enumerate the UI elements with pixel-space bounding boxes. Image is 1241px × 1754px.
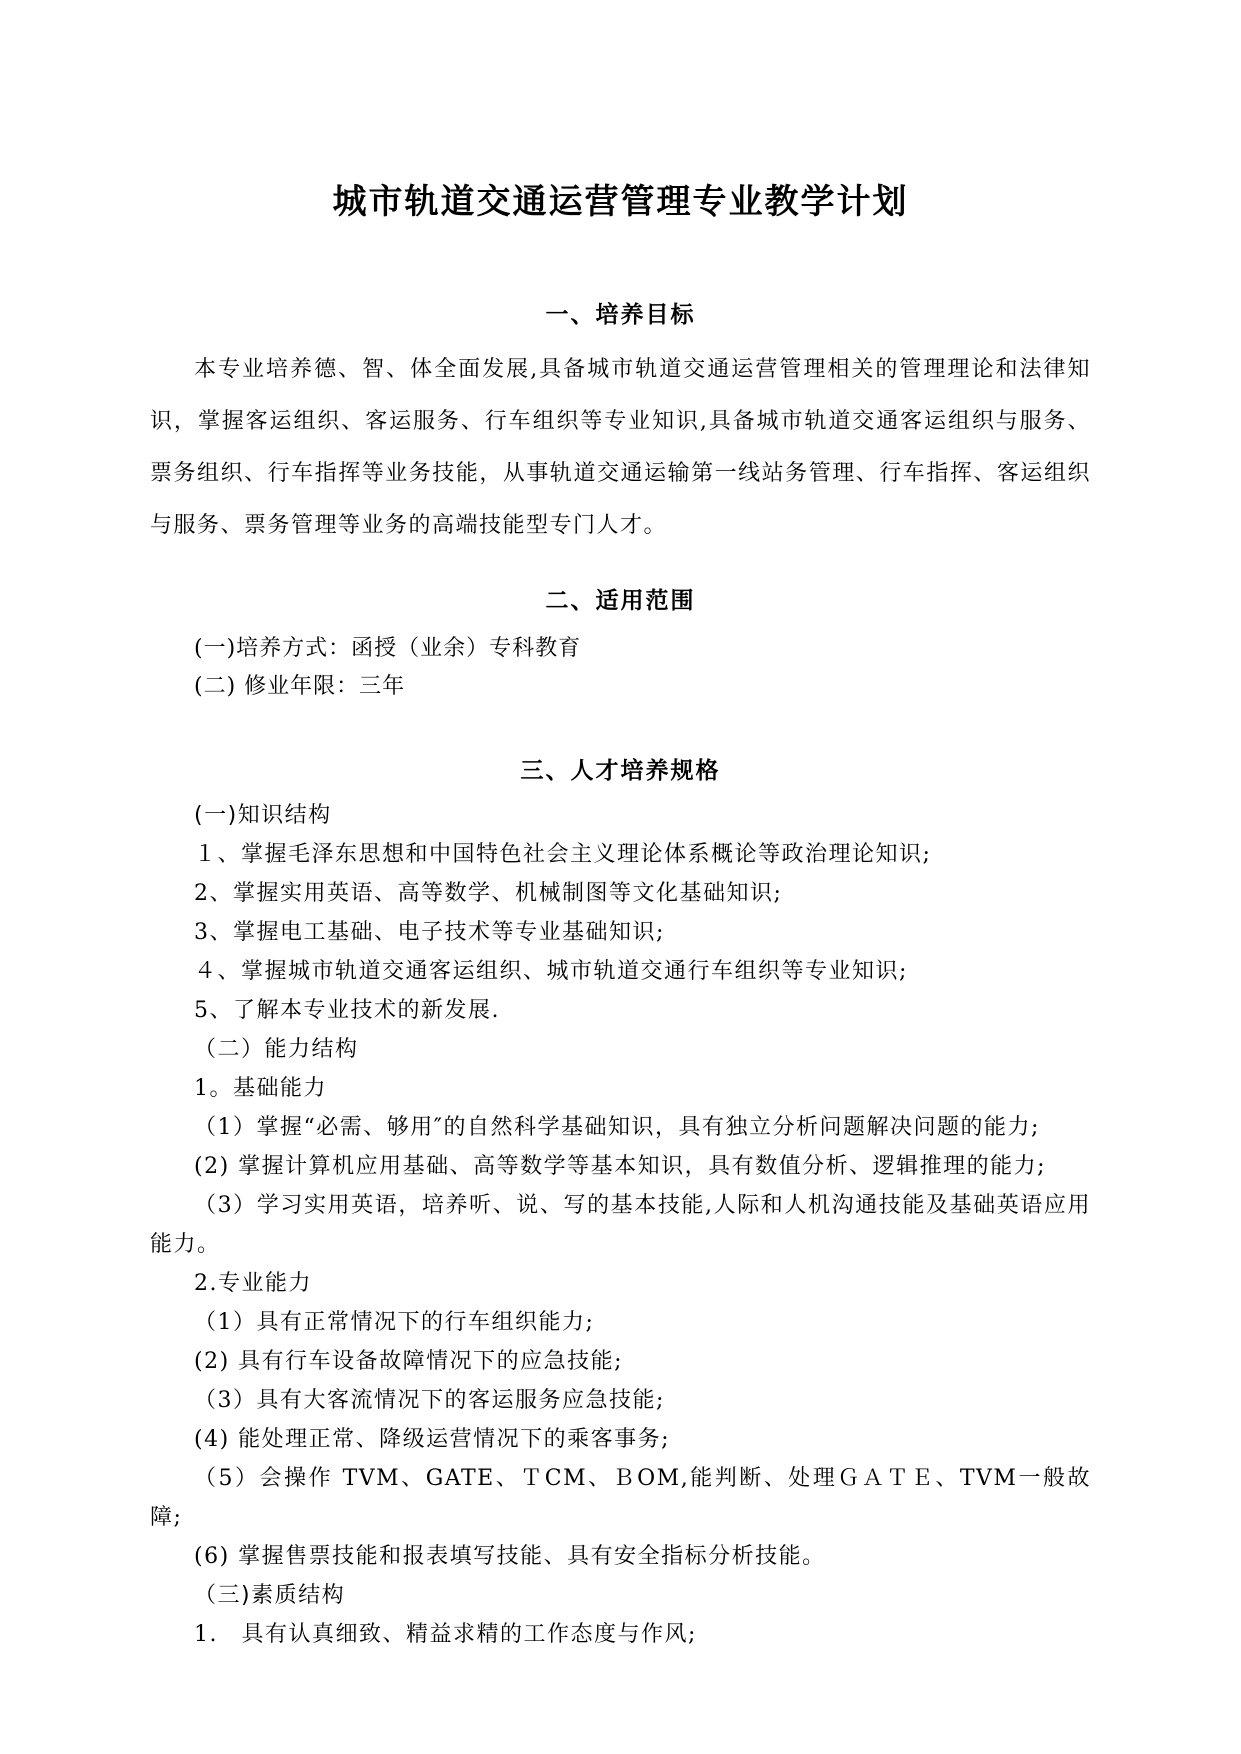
- section-training-objectives: 一、培养目标 本专业培养德、智、体全面发展,具备城市轨道交通运营管理相关的管理理…: [150, 300, 1091, 552]
- section-talent-specs: 三、人才培养规格 (一)知识结构 １、掌握毛泽东思想和中国特色社会主义理论体系概…: [150, 756, 1091, 1654]
- list-item: (二) 修业年限：三年: [150, 668, 1091, 706]
- list-item: （1）掌握“必需、够用″的自然科学基础知识，具有独立分析问题解决问题的能力;: [150, 1108, 1091, 1147]
- section-applicable-scope: 二、适用范围 (一)培养方式：函授（业余）专科教育 (二) 修业年限：三年: [150, 586, 1091, 706]
- list-item: 3、掌握电工基础、电子技术等专业基础知识;: [150, 913, 1091, 952]
- section-3-list: (一)知识结构 １、掌握毛泽东思想和中国特色社会主义理论体系概论等政治理论知识;…: [150, 796, 1091, 1654]
- list-item: １、掌握毛泽东思想和中国特色社会主义理论体系概论等政治理论知识;: [150, 835, 1091, 874]
- list-item: ４、掌握城市轨道交通客运组织、城市轨道交通行车组织等专业知识;: [150, 952, 1091, 991]
- list-item: （1）具有正常情况下的行车组织能力;: [150, 1303, 1091, 1342]
- list-item: (2) 具有行车设备故障情况下的应急技能;: [150, 1342, 1091, 1381]
- section-1-heading: 一、培养目标: [150, 300, 1091, 330]
- list-item: 2、掌握实用英语、高等数学、机械制图等文化基础知识;: [150, 874, 1091, 913]
- section-2-list: (一)培养方式：函授（业余）专科教育 (二) 修业年限：三年: [150, 630, 1091, 706]
- sub-heading-knowledge-structure: (一)知识结构: [150, 796, 1091, 835]
- section-3-heading: 三、人才培养规格: [150, 756, 1091, 786]
- list-item: 1. 具有认真细致、精益求精的工作态度与作风;: [150, 1615, 1091, 1654]
- list-item: (4) 能处理正常、降级运营情况下的乘客事务;: [150, 1420, 1091, 1459]
- list-item: (6) 掌握售票技能和报表填写技能、具有安全指标分析技能。: [150, 1537, 1091, 1576]
- section-2-heading: 二、适用范围: [150, 586, 1091, 616]
- sub-heading-quality-structure: （三)素质结构: [150, 1576, 1091, 1615]
- sub-heading-basic-ability: 1。基础能力: [150, 1069, 1091, 1108]
- section-1-paragraph: 本专业培养德、智、体全面发展,具备城市轨道交通运营管理相关的管理理论和法律知识，…: [150, 344, 1091, 552]
- sub-heading-ability-structure: （二）能力结构: [150, 1030, 1091, 1069]
- list-item: (2) 掌握计算机应用基础、高等数学等基本知识，具有数值分析、逻辑推理的能力;: [150, 1147, 1091, 1186]
- list-item: （3）具有大客流情况下的客运服务应急技能;: [150, 1381, 1091, 1420]
- document-title: 城市轨道交通运营管理专业教学计划: [150, 180, 1091, 224]
- sub-heading-professional-ability: 2.专业能力: [150, 1264, 1091, 1303]
- list-item: （5）会操作 TVM、GATE、ＴCM、ＢOM,能判断、处理ＧＡＴＥ、TVM一般…: [150, 1459, 1091, 1537]
- document-page: 城市轨道交通运营管理专业教学计划 一、培养目标 本专业培养德、智、体全面发展,具…: [0, 0, 1241, 1754]
- list-item: (一)培养方式：函授（业余）专科教育: [150, 630, 1091, 668]
- list-item: （3）学习实用英语，培养听、说、写的基本技能,人际和人机沟通技能及基础英语应用能…: [150, 1186, 1091, 1264]
- list-item: 5、了解本专业技术的新发展.: [150, 991, 1091, 1030]
